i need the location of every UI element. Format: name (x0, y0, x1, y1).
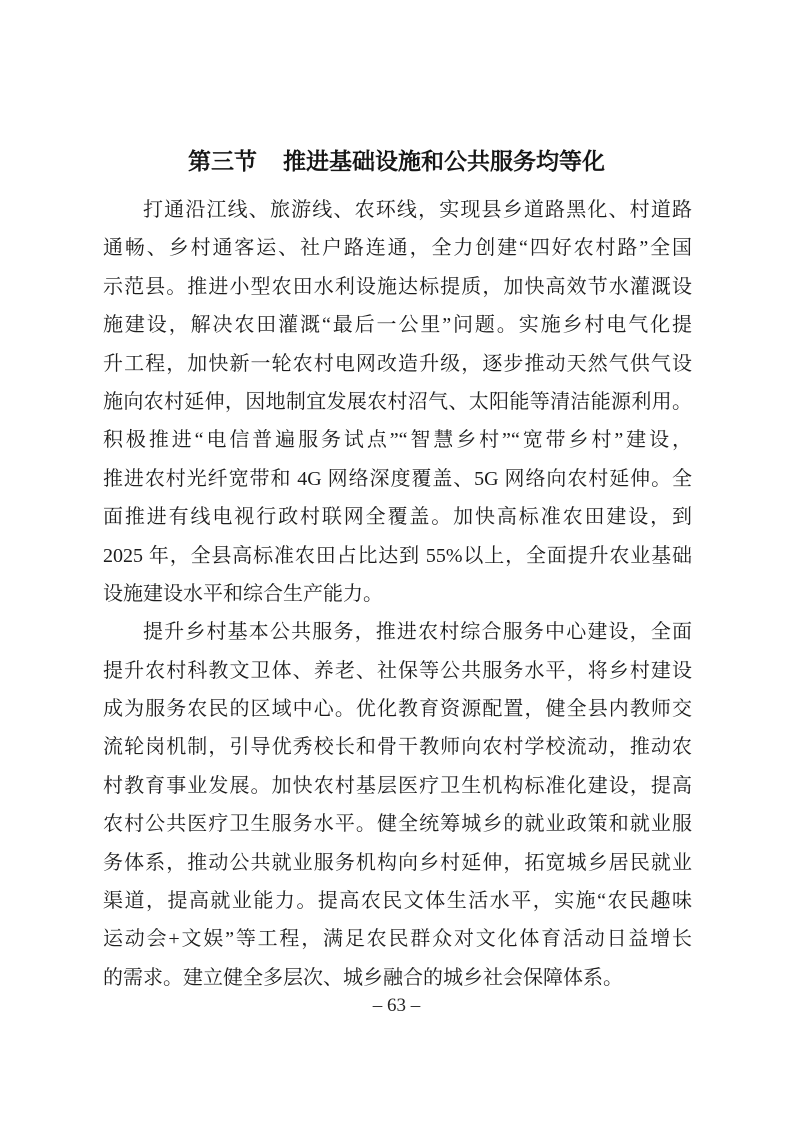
document-page: 第三节推进基础设施和公共服务均等化 打通沿江线、旅游线、农环线，实现县乡道路黑化… (0, 0, 793, 1122)
paragraph-line: 推进农村光纤宽带和 4G 网络深度覆盖、5G 网络向农村延伸。全 (103, 460, 692, 498)
paragraph-line: 示范县。推进小型农田水利设施达标提质，加快高效节水灌溉设 (103, 268, 692, 306)
document-body: 打通沿江线、旅游线、农环线，实现县乡道路黑化、村道路 通畅、乡村通客运、社户路连… (103, 191, 692, 997)
section-title: 推进基础设施和公共服务均等化 (283, 149, 605, 174)
paragraph-line: 渠道，提高就业能力。提高农民文体生活水平，实施“农民趣味 (103, 882, 692, 920)
paragraph-line: 村教育事业发展。加快农村基层医疗卫生机构标准化建设，提高 (103, 767, 692, 805)
paragraph-line: 运动会+文娱”等工程，满足农民群众对文化体育活动日益增长 (103, 920, 692, 958)
paragraph-line: 提升乡村基本公共服务，推进农村综合服务中心建设，全面 (103, 613, 692, 651)
paragraph-line: 成为服务农民的区域中心。优化教育资源配置，健全县内教师交 (103, 690, 692, 728)
section-heading: 第三节推进基础设施和公共服务均等化 (0, 0, 793, 177)
paragraph-line: 积极推进“电信普遍服务试点”“智慧乡村”“宽带乡村”建设， (103, 421, 692, 459)
paragraph-line: 务体系，推动公共就业服务机构向乡村延伸，拓宽城乡居民就业 (103, 844, 692, 882)
paragraph-1: 打通沿江线、旅游线、农环线，实现县乡道路黑化、村道路 通畅、乡村通客运、社户路连… (103, 191, 692, 613)
paragraph-line: 打通沿江线、旅游线、农环线，实现县乡道路黑化、村道路 (103, 191, 692, 229)
paragraph-line: 2025 年，全县高标准农田占比达到 55%以上，全面提升农业基础 (103, 537, 692, 575)
paragraph-line: 流轮岗机制，引导优秀校长和骨干教师向农村学校流动，推动农 (103, 728, 692, 766)
paragraph-line: 面推进有线电视行政村联网全覆盖。加快高标准农田建设，到 (103, 498, 692, 536)
section-label: 第三节 (188, 149, 257, 174)
paragraph-2: 提升乡村基本公共服务，推进农村综合服务中心建设，全面 提升农村科教文卫体、养老、… (103, 613, 692, 997)
paragraph-line: 施建设，解决农田灌溉“最后一公里”问题。实施乡村电气化提 (103, 306, 692, 344)
paragraph-line: 升工程，加快新一轮农村电网改造升级，逐步推动天然气供气设 (103, 345, 692, 383)
paragraph-line: 农村公共医疗卫生服务水平。健全统筹城乡的就业政策和就业服 (103, 805, 692, 843)
paragraph-line: 通畅、乡村通客运、社户路连通，全力创建“四好农村路”全国 (103, 229, 692, 267)
paragraph-line: 施向农村延伸，因地制宜发展农村沼气、太阳能等清洁能源利用。 (103, 383, 692, 421)
paragraph-line: 设施建设水平和综合生产能力。 (103, 575, 692, 613)
paragraph-line: 提升农村科教文卫体、养老、社保等公共服务水平，将乡村建设 (103, 652, 692, 690)
page-number: – 63 – (0, 992, 793, 1020)
